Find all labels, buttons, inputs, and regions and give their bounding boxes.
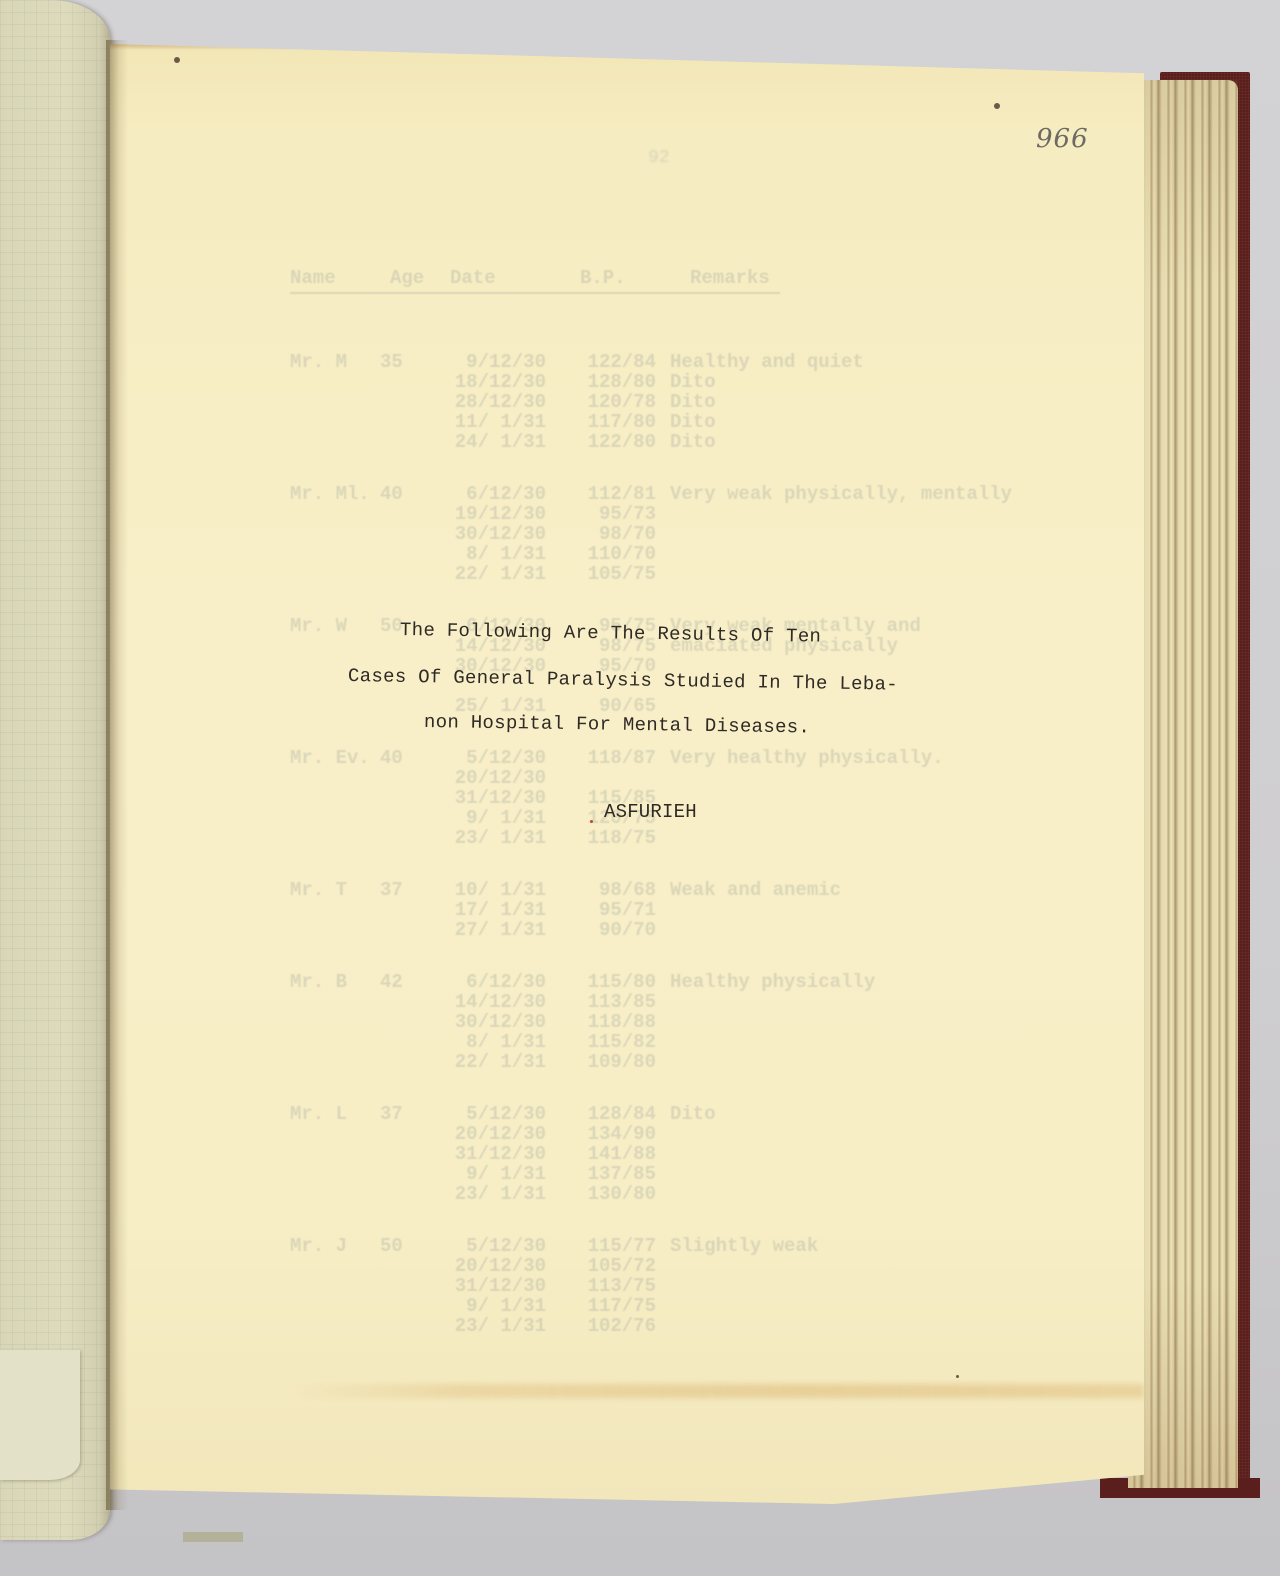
header-age: Age	[390, 268, 450, 288]
table-row: Mr. T3710/ 1/3117/ 1/3127/ 1/3198/6895/7…	[290, 880, 1012, 940]
case-bp: 115/80113/85118/88115/82109/80	[560, 972, 670, 1072]
header-date: Date	[450, 268, 580, 288]
case-remarks: Healthy physically	[670, 972, 1012, 1072]
punch-hole-right	[994, 103, 1000, 109]
case-remarks: Very weak physically, mentally	[670, 484, 1012, 584]
case-age: 42	[380, 972, 440, 1072]
case-remarks: Slightly weak	[670, 1236, 1012, 1336]
folio-number: 966	[1036, 124, 1089, 154]
table-row: Mr. M359/12/3018/12/3028/12/3011/ 1/3124…	[290, 352, 1012, 452]
header-bp: B.P.	[580, 268, 690, 288]
case-age: 37	[380, 880, 440, 940]
bleed-table-body: Mr. M359/12/3018/12/3028/12/3011/ 1/3124…	[290, 352, 1012, 1336]
case-dates: 10/ 1/3117/ 1/3127/ 1/31	[440, 880, 560, 940]
case-age: 35	[380, 352, 440, 452]
case-age: 37	[380, 1104, 440, 1204]
gutter-shadow	[106, 40, 128, 1510]
case-dates: 5/12/3020/12/3031/12/309/ 1/3123/ 1/31	[440, 748, 560, 848]
case-name: Mr. B	[290, 972, 380, 1072]
header-remarks: Remarks	[690, 268, 770, 288]
header-name: Name	[290, 268, 390, 288]
author-name: ASFURIEH	[604, 801, 697, 823]
case-dates: 5/12/3020/12/3031/12/309/ 1/3123/ 1/31	[440, 1104, 560, 1204]
case-remarks: Weak and anemic	[670, 880, 1012, 940]
table-row: Mr. Ev.405/12/3020/12/3031/12/309/ 1/312…	[290, 748, 1012, 848]
case-dates: 6/12/3014/12/3030/12/308/ 1/3122/ 1/31	[440, 972, 560, 1072]
case-age: 50	[380, 1236, 440, 1336]
table-row: Mr. B426/12/3014/12/3030/12/308/ 1/3122/…	[290, 972, 1012, 1072]
case-name: Mr. T	[290, 880, 380, 940]
case-remarks: Dito	[670, 1104, 1012, 1204]
table-row: Mr. J505/12/3020/12/3031/12/309/ 1/3123/…	[290, 1236, 1012, 1336]
ink-dot	[590, 820, 593, 823]
case-name: Mr. L	[290, 1104, 380, 1204]
case-bp: 122/84128/80120/78117/80122/80	[560, 352, 670, 452]
left-facing-page	[0, 0, 110, 1540]
photo-scene: 966 92 Name Age Date B.P. Remarks Mr. M3…	[0, 0, 1280, 1576]
case-name: Mr. Ml.	[290, 484, 380, 584]
case-name: Mr. M	[290, 352, 380, 452]
case-dates: 9/12/3018/12/3028/12/3011/ 1/3124/ 1/31	[440, 352, 560, 452]
case-name: Mr. Ev.	[290, 748, 380, 848]
case-remarks: Very healthy physically.	[670, 748, 1012, 848]
case-bp: 128/84134/90141/88137/85130/80	[560, 1104, 670, 1204]
punch-hole-left	[174, 57, 180, 63]
case-name: Mr. J	[290, 1236, 380, 1336]
case-bp: 115/77105/72113/75117/75102/76	[560, 1236, 670, 1336]
case-bp: 112/8195/7398/70110/70105/75	[560, 484, 670, 584]
case-remarks: Healthy and quietDitoDitoDitoDito	[670, 352, 1012, 452]
page-edges-stack	[1128, 80, 1238, 1488]
table-row: Mr. L375/12/3020/12/3031/12/309/ 1/3123/…	[290, 1104, 1012, 1204]
case-bp: 98/6895/7190/70	[560, 880, 670, 940]
left-page-curl	[0, 1350, 80, 1480]
case-dates: 6/12/3019/12/3030/12/308/ 1/3122/ 1/31	[440, 484, 560, 584]
case-dates: 5/12/3020/12/3031/12/309/ 1/3123/ 1/31	[440, 1236, 560, 1336]
table-row: Mr. Ml.406/12/3019/12/3030/12/308/ 1/312…	[290, 484, 1012, 584]
case-age: 40	[380, 748, 440, 848]
case-bp: 118/87 115/85120/75118/75	[560, 748, 670, 848]
bleed-page-number: 92	[648, 148, 670, 168]
bleed-table-header: Name Age Date B.P. Remarks	[290, 268, 780, 294]
case-age: 40	[380, 484, 440, 584]
tape-strip	[183, 1532, 243, 1542]
